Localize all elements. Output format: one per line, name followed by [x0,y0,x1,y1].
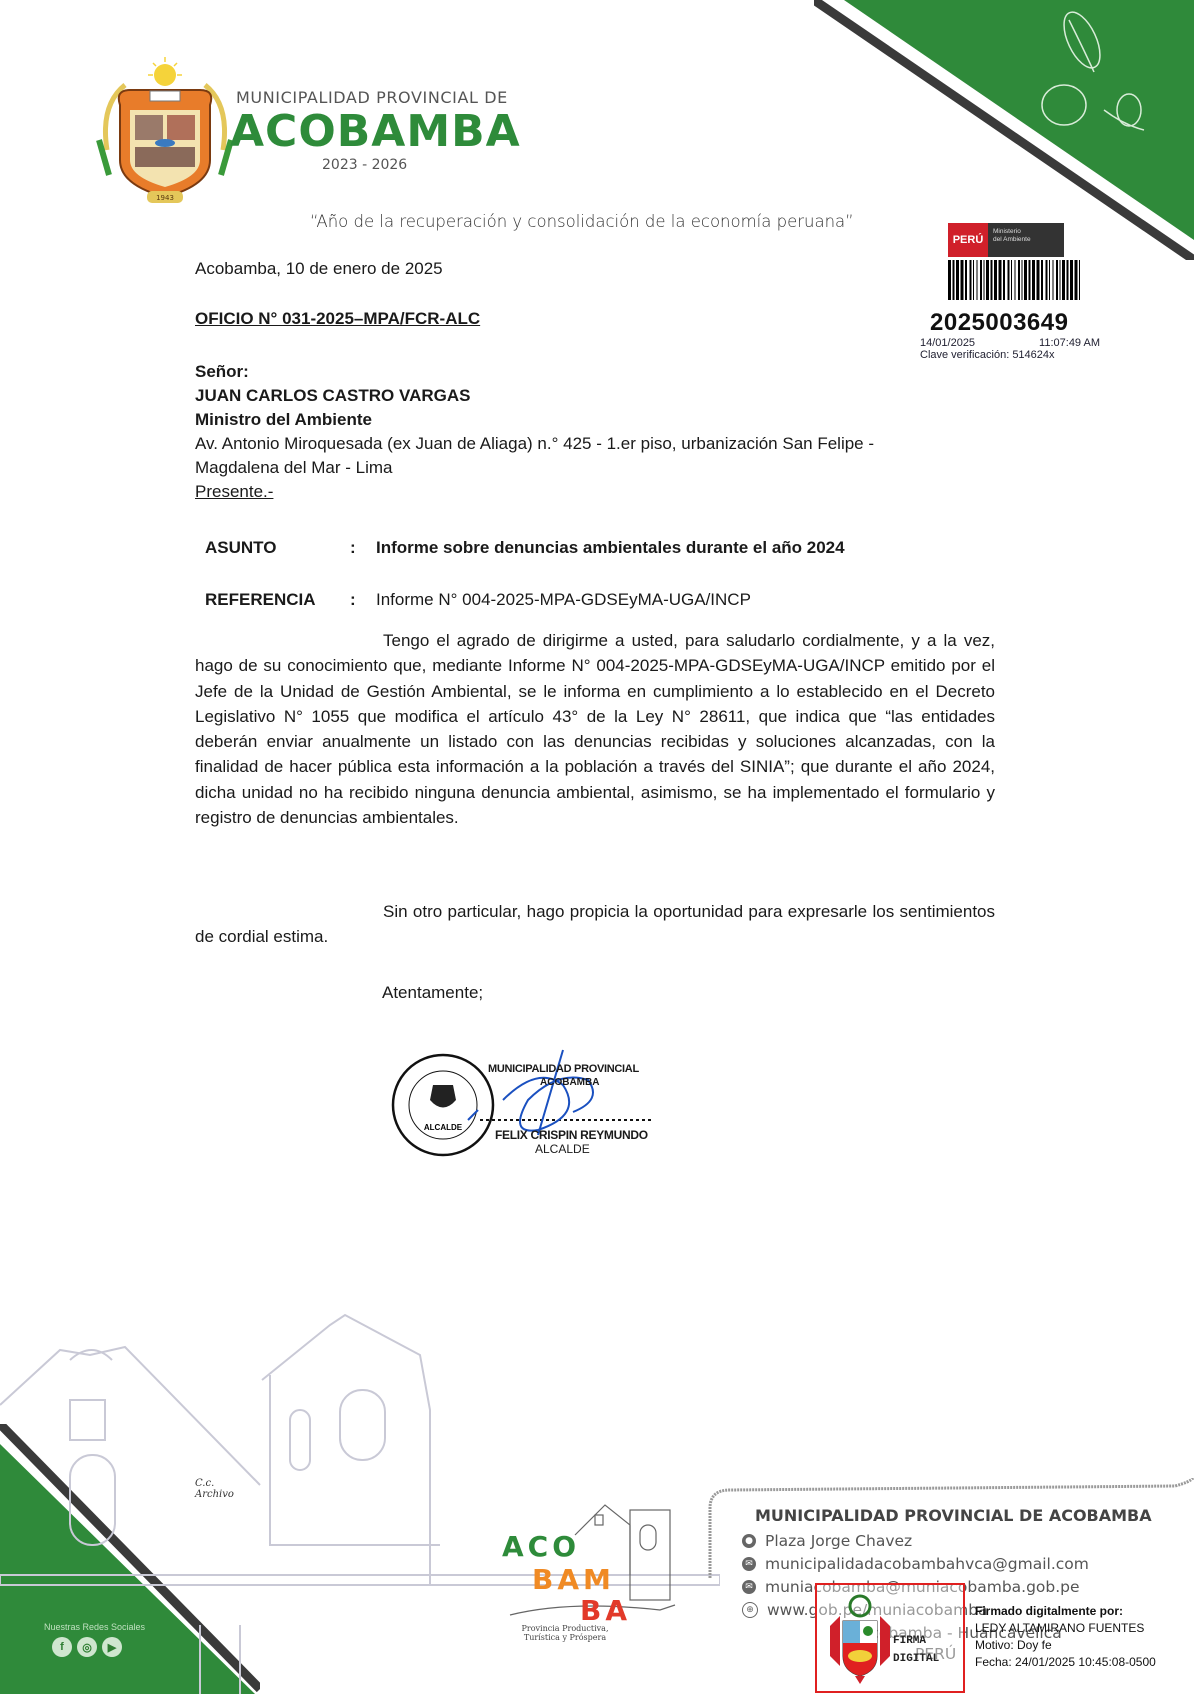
signature-org-line2: ACOBAMBA [540,1077,599,1088]
barcode-icon [948,260,1080,300]
contact-title: MUNICIPALIDAD PROVINCIAL DE ACOBAMBA [755,1506,1152,1525]
asunto-label: ASUNTO [205,538,350,558]
body-paragraph-1: Tengo el agrado de dirigirme a usted, pa… [195,628,995,830]
municipal-crest-logo: 1943 [95,55,235,205]
ministry-label: Ministerio del Ambiente [988,223,1064,257]
verification-key: Clave verificación: 514624x [920,349,1100,361]
footer-logo-bam: BAM [532,1563,615,1596]
signer-title: ALCALDE [535,1142,590,1156]
registry-stamp: PERÚ Ministerio del Ambiente 2025003649 … [920,223,1100,361]
footer-logo-ba: BA [580,1594,631,1627]
signature-seal: ALCALDE [388,1040,678,1170]
referencia-value: Informe N° 004-2025-MPA-GDSEyMA-UGA/INCP [376,590,751,610]
ministry-banner: PERÚ Ministerio del Ambiente [948,223,1064,257]
peru-label: PERÚ [948,223,988,257]
contact-address: ● Plaza Jorge Chavez [742,1532,912,1550]
brand-years: 2023 - 2026 [322,157,407,173]
oficio-number: OFICIO N° 031-2025–MPA/FCR-ALC [195,309,480,329]
year-motto: “Año de la recuperación y consolidación … [310,212,854,231]
referencia-row: REFERENCIA : Informe N° 004-2025-MPA-GDS… [205,590,751,610]
digital-signature-info: Firmado digitalmente por: LEDY ALTAMIRAN… [975,1603,1156,1671]
svg-text:1943: 1943 [156,194,174,202]
globe-icon: ⊕ [742,1602,758,1618]
salutation: Señor: [195,360,874,384]
place-date: Acobamba, 10 de enero de 2025 [195,259,443,279]
facebook-icon[interactable]: f [52,1637,72,1657]
recipient-address-line2: Magdalena del Mar - Lima [195,456,874,480]
registry-meta: 14/01/2025 11:07:49 AM Clave verificació… [920,337,1100,361]
footer-logo-tagline: Provincia Productiva, Turística y Próspe… [510,1624,620,1642]
svg-text:ALCALDE: ALCALDE [424,1123,463,1132]
copy-to: C.c. Archivo [195,1478,234,1500]
registry-time: 11:07:49 AM [1039,337,1100,349]
firma-digital-label: FIRMA DIGITAL [893,1632,939,1668]
brand-title: ACOBAMBA [230,106,521,157]
mail-icon: ✉ [742,1580,756,1594]
peru-coat-of-arms-icon [825,1591,895,1686]
registry-date: 14/01/2025 [920,337,975,349]
location-pin-icon: ● [742,1534,756,1548]
asunto-row: ASUNTO : Informe sobre denuncias ambient… [205,538,845,558]
recipient-title: Ministro del Ambiente [195,408,874,432]
brand-subtitle: MUNICIPALIDAD PROVINCIAL DE [236,88,508,107]
instagram-icon[interactable]: ◎ [77,1637,97,1657]
digital-signature-stamp [815,1583,965,1693]
signature-org-line1: MUNICIPALIDAD PROVINCIAL [488,1063,639,1075]
signed-by-label: Firmado digitalmente por: [975,1603,1156,1620]
registry-number: 2025003649 [930,309,1100,337]
corner-decoration-top [814,0,1194,260]
recipient-address-line1: Av. Antonio Miroquesada (ex Juan de Alia… [195,432,874,456]
presente: Presente.- [195,480,874,504]
signer-digital-name: LEDY ALTAMIRANO FUENTES [975,1620,1156,1637]
closing: Atentamente; [382,983,483,1003]
footer-logo-aco: ACO [502,1530,580,1563]
contact-email-gmail[interactable]: ✉ municipalidadacobambahvca@gmail.com [742,1555,1089,1573]
signature-reason: Motivo: Doy fe [975,1637,1156,1654]
mail-icon: ✉ [742,1557,756,1571]
signer-name: FELIX CRISPIN REYMUNDO [495,1128,648,1142]
asunto-value: Informe sobre denuncias ambientales dura… [376,538,845,558]
referencia-label: REFERENCIA [205,590,350,610]
recipient-block: Señor: JUAN CARLOS CASTRO VARGAS Ministr… [195,360,874,504]
body-paragraph-2: Sin otro particular, hago propicia la op… [195,899,995,950]
recipient-name: JUAN CARLOS CASTRO VARGAS [195,384,874,408]
social-label: Nuestras Redes Sociales [44,1622,145,1632]
signature-date: Fecha: 24/01/2025 10:45:08-0500 [975,1654,1156,1671]
youtube-icon[interactable]: ▶ [102,1637,122,1657]
social-icons: f ◎ ▶ [52,1637,122,1657]
